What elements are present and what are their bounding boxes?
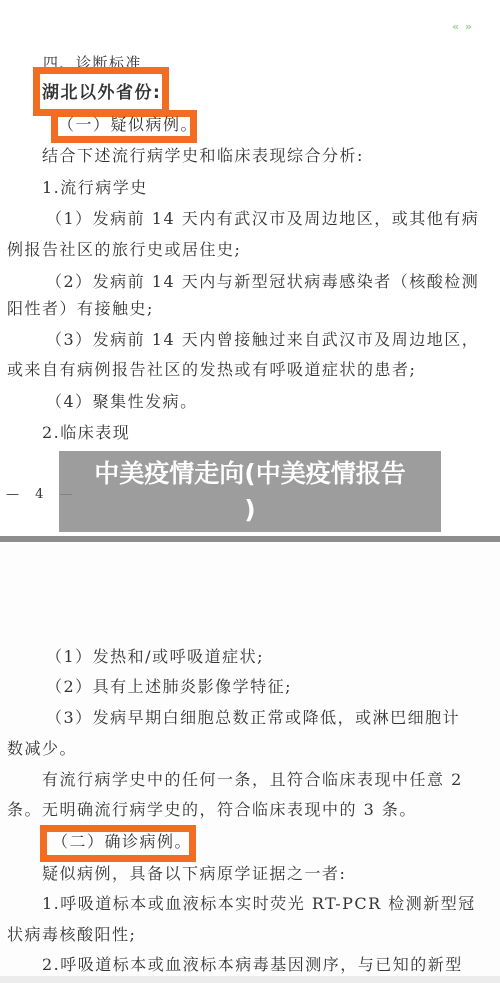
confirmed-intro: 疑似病例，具备以下病原学证据之一者: <box>42 864 346 884</box>
clinical-item-3-line2: 数减少。 <box>7 739 77 759</box>
clinical-heading: 2.临床表现 <box>42 423 130 443</box>
epi-item-2-line1: （2）发病前 14 天内与新型冠状病毒感染者（核酸检测 <box>46 272 479 292</box>
title-overlay-banner[interactable]: 中美疫情走向(中美疫情报告 ) <box>59 451 441 532</box>
criteria-text-line1: 有流行病学史中的任何一条，且符合临床表现中任意 2 <box>42 770 463 790</box>
epi-item-1-line1: （1）发病前 14 天内有武汉市及周边地区，或其他有病 <box>46 209 479 229</box>
corner-watermark-icon: « » <box>452 20 473 33</box>
criteria-text-line2: 条。无明确流行病学史的，符合临床表现中的 3 条。 <box>7 800 417 820</box>
epi-history-heading: 1.流行病学史 <box>42 178 148 198</box>
subsection-confirmed-cases: （二）确诊病例。 <box>52 832 192 852</box>
document-page-bottom: （1）发热和/或呼吸道症状; （2）具有上述肺炎影像学特征; （3）发病早期白细… <box>0 544 500 983</box>
subsection-suspected-cases: （一）疑似病例。 <box>58 115 198 135</box>
epi-item-3-line2: 或来自有病例报告社区的发热或有呼吸道症状的患者; <box>7 360 416 380</box>
epi-item-4: （4）聚集性发病。 <box>46 392 198 412</box>
clinical-item-1: （1）发热和/或呼吸道症状; <box>46 647 264 667</box>
intro-text: 结合下述流行病学史和临床表现综合分析: <box>42 146 364 166</box>
overlay-title-line1: 中美疫情走向(中美疫情报告 <box>59 456 441 492</box>
clinical-item-3-line1: （3）发病早期白细胞总数正常或降低，或淋巴细胞计 <box>46 708 460 728</box>
epi-item-3-line1: （3）发病前 14 天内曾接触过来自武汉市及周边地区， <box>46 330 479 350</box>
clinical-item-2: （2）具有上述肺炎影像学特征; <box>46 677 292 697</box>
confirmed-item-2-line1: 2.呼吸道标本或血液标本病毒基因测序，与已知的新型 <box>42 955 463 975</box>
confirmed-item-1-line2: 状病毒核酸阳性; <box>7 925 136 945</box>
region-label: 湖北以外省份: <box>42 83 161 103</box>
page-bottom-edge <box>0 976 500 983</box>
epi-item-1-line2: 例报告社区的旅行史或居住史; <box>7 240 241 260</box>
overlay-title-line2: ) <box>59 492 441 528</box>
confirmed-item-1-line1: 1.呼吸道标本或血液标本实时荧光 RT-PCR 检测新型冠 <box>42 894 476 914</box>
epi-item-2-line2: 阳性者）有接触史; <box>7 299 154 319</box>
page-divider <box>0 536 500 542</box>
